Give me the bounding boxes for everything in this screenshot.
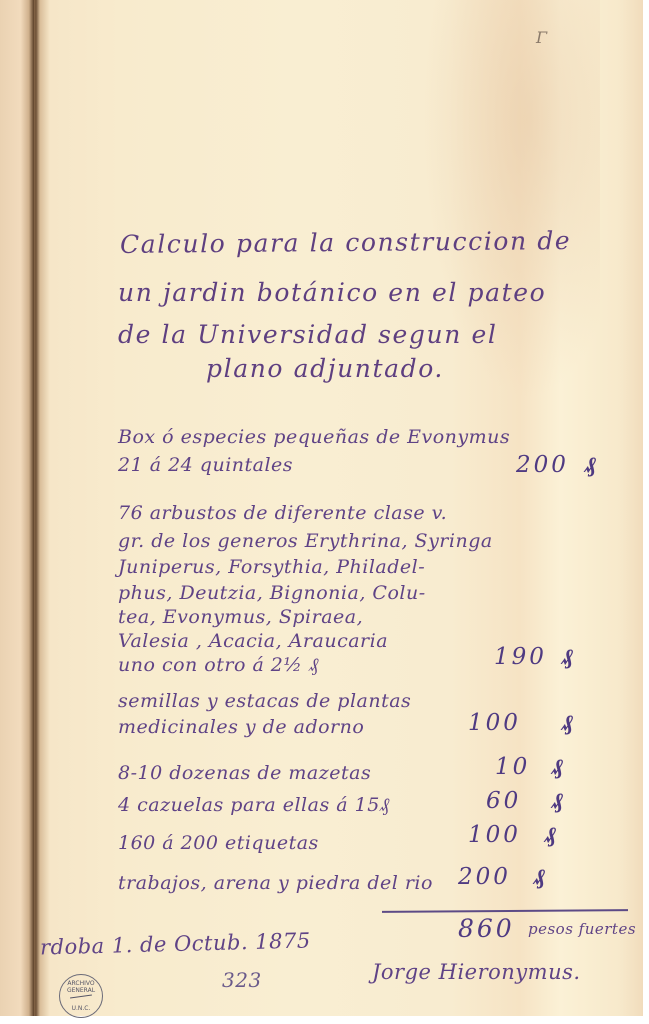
item-1-line-2: 21 á 24 quintales (118, 454, 293, 476)
title-line-2: un jardin botánico en el pateo (118, 278, 546, 307)
item-7-line-1: trabajos, arena y piedra del rio (118, 872, 433, 894)
currency-icon: ₰ (552, 788, 564, 814)
title-line-4: plano adjuntado. (206, 354, 444, 383)
item-5-line-1: 4 cazuelas para ellas á 15₰ (118, 794, 390, 817)
currency-icon: ₰ (545, 822, 557, 848)
total-amount: 860 (458, 914, 515, 943)
stamp-bottom-text: U.N.C. (60, 1005, 102, 1012)
item-5-amount: 60 (486, 788, 521, 814)
currency-icon: ₰ (562, 710, 574, 736)
item-2-line-5: tea, Evonymus, Spiraea, (118, 606, 363, 628)
item-2-amount: 190 (494, 644, 547, 670)
item-7-amount: 200 (458, 864, 511, 890)
item-3-line-2: medicinales y de adorno (118, 716, 364, 738)
item-2-line-1: 76 arbustos de diferente clase v. (118, 502, 447, 524)
item-6-amount: 100 (468, 822, 521, 848)
folio-number: 323 (222, 968, 262, 992)
item-2-line-4: phus, Deutzia, Bignonia, Colu- (118, 582, 426, 604)
currency-icon: ₰ (552, 754, 564, 780)
signature: Jorge Hieronymus. (372, 960, 581, 984)
total-label: pesos fuertes (528, 920, 636, 938)
item-4-amount: 10 (495, 754, 530, 780)
archive-stamp: ARCHIVO GENERAL U.N.C. (59, 974, 103, 1018)
item-2-line-6: Valesia , Acacia, Araucaria (118, 630, 388, 652)
title-line-3: de la Universidad segun el (118, 320, 497, 349)
stamp-top-text: ARCHIVO GENERAL (60, 980, 102, 994)
item-3-line-1: semillas y estacas de plantas (118, 690, 411, 712)
title-line-1: Calculo para la construccion de (120, 226, 572, 259)
item-2-line-3: Juniperus, Forsythia, Philadel- (118, 556, 425, 578)
stamp-line (70, 994, 92, 998)
item-3-amount: 100 (468, 710, 521, 736)
facing-page-edge (0, 0, 34, 1016)
item-2-line-2: gr. de los generos Erythrina, Syringa (118, 530, 493, 552)
item-2-line-7: uno con otro á 2½ ₰ (118, 654, 319, 677)
item-1-line-1: Box ó especies pequeñas de Evonymus (118, 426, 510, 448)
currency-icon: ₰ (585, 452, 597, 478)
item-1-amount: 200 (516, 452, 569, 478)
currency-icon: ₰ (562, 644, 574, 670)
item-4-line-1: 8-10 dozenas de mazetas (118, 762, 371, 784)
item-6-line-1: 160 á 200 etiquetas (118, 832, 319, 854)
currency-icon: ₰ (534, 864, 546, 890)
corner-mark: Γ (536, 28, 547, 47)
